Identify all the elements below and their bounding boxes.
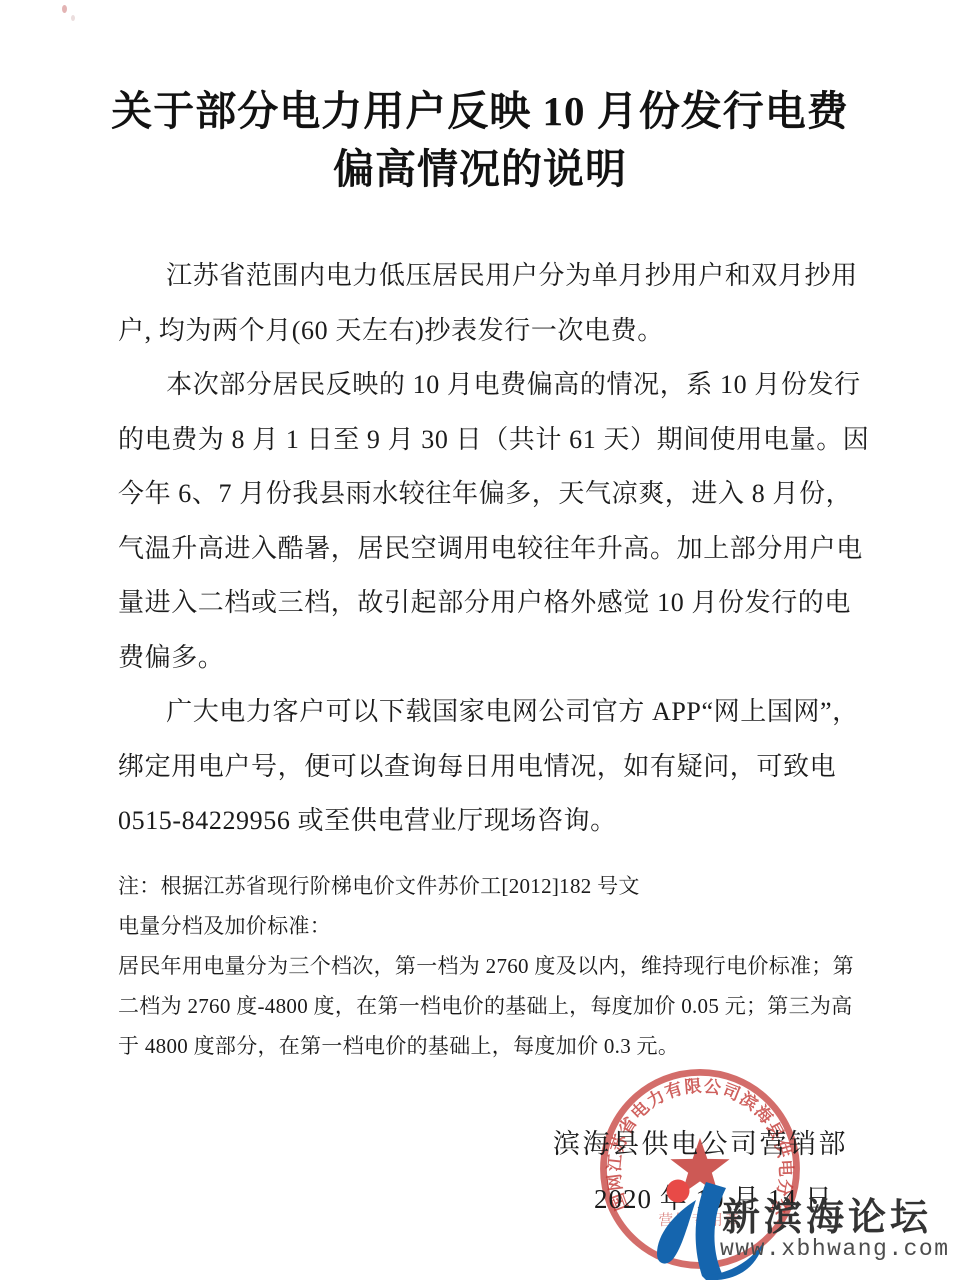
document-title-line1: 关于部分电力用户反映 10 月份发行电费 (0, 82, 960, 140)
footnote-line: 于 4800 度部分，在第一档电价的基础上，每度加价 0.3 元。 (118, 1026, 893, 1066)
footnote-line: 电量分档及加价标准： (118, 906, 893, 946)
body-line: 绑定用电户号，便可以查询每日用电情况，如有疑问，可致电 (118, 740, 868, 795)
body-line: 广大电力客户可以下载国家电网公司官方 APP“网上国网”， (118, 685, 868, 740)
body-line: 气温升高进入酷暑，居民空调用电较往年升高。加上部分用户电 (118, 522, 868, 577)
scan-artifact-speck (71, 15, 75, 21)
body-line: 量进入二档或三档，故引起部分用户格外感觉 10 月份发行的电 (118, 576, 868, 631)
body-line: 本次部分居民反映的 10 月电费偏高的情况，系 10 月份发行 (118, 358, 868, 413)
logo-red-dot (667, 1180, 690, 1203)
scanned-document-page: 关于部分电力用户反映 10 月份发行电费 偏高情况的说明 江苏省范围内电力低压居… (0, 0, 960, 1280)
watermark-site-url: www.xbhwang.com (720, 1236, 950, 1262)
logo-left-swoosh (657, 1200, 696, 1264)
document-footnote: 注：根据江苏省现行阶梯电价文件苏价工[2012]182 号文电量分档及加价标准：… (118, 866, 893, 1066)
footnote-line: 二档为 2760 度-4800 度，在第一档电价的基础上，每度加价 0.05 元… (118, 986, 893, 1026)
body-line: 0515-84229956 或至供电营业厅现场咨询。 (118, 794, 868, 849)
scan-artifact-speck (62, 5, 67, 13)
document-body: 江苏省范围内电力低压居民用户分为单月抄用户和双月抄用户, 均为两个月(60 天左… (118, 249, 868, 849)
document-title: 关于部分电力用户反映 10 月份发行电费 偏高情况的说明 (0, 82, 960, 198)
watermark-site-name: 新滨海论坛 (722, 1186, 932, 1241)
body-line: 今年 6、7 月份我县雨水较往年偏多，天气凉爽，进入 8 月份， (118, 467, 868, 522)
signature-department: 滨海县供电公司营销部 (553, 1122, 848, 1161)
footnote-line: 注：根据江苏省现行阶梯电价文件苏价工[2012]182 号文 (118, 866, 893, 906)
document-title-line2: 偏高情况的说明 (0, 140, 960, 198)
footnote-line: 居民年用电量分为三个档次，第一档为 2760 度及以内，维持现行电价标准；第 (118, 946, 893, 986)
body-line: 费偏多。 (118, 631, 868, 686)
body-line: 的电费为 8 月 1 日至 9 月 30 日（共计 61 天）期间使用电量。因 (118, 413, 868, 468)
body-line: 户, 均为两个月(60 天左右)抄表发行一次电费。 (118, 304, 868, 359)
body-line: 江苏省范围内电力低压居民用户分为单月抄用户和双月抄用 (118, 249, 868, 304)
